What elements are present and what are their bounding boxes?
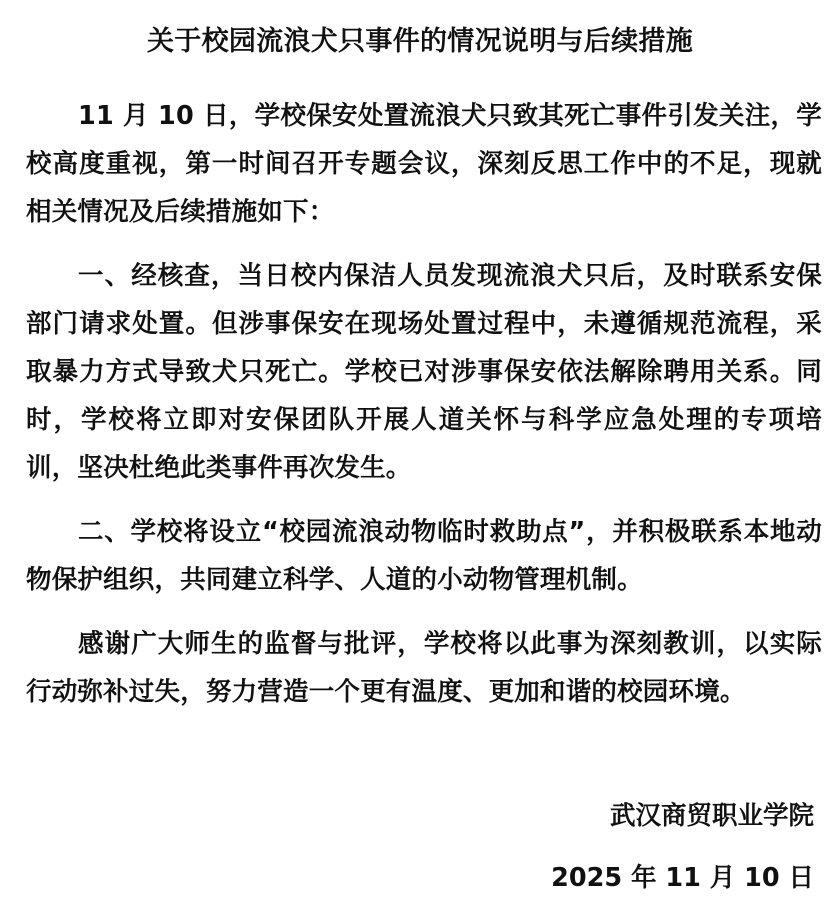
document-title: 关于校园流浪犬只事件的情况说明与后续措施 <box>26 22 814 62</box>
paragraph-closing: 感谢广大师生的监督与批评，学校将以此事为深刻教训，以实际行动弥补过失，努力营造一… <box>26 620 822 716</box>
signature-organization: 武汉商贸职业学院 <box>610 796 814 836</box>
paragraph-intro: 11 月 10 日，学校保安处置流浪犬只致其死亡事件引发关注，学校高度重视，第一… <box>26 92 822 236</box>
paragraph-item-one: 一、经核查，当日校内保洁人员发现流浪犬只后，及时联系安保部门请求处置。但涉事保安… <box>26 252 822 492</box>
signature-date: 2025 年 11 月 10 日 <box>551 858 814 898</box>
paragraph-item-two: 二、学校将设立“校园流浪动物临时救助点”，并积极联系本地动物保护组织，共同建立科… <box>26 508 822 604</box>
